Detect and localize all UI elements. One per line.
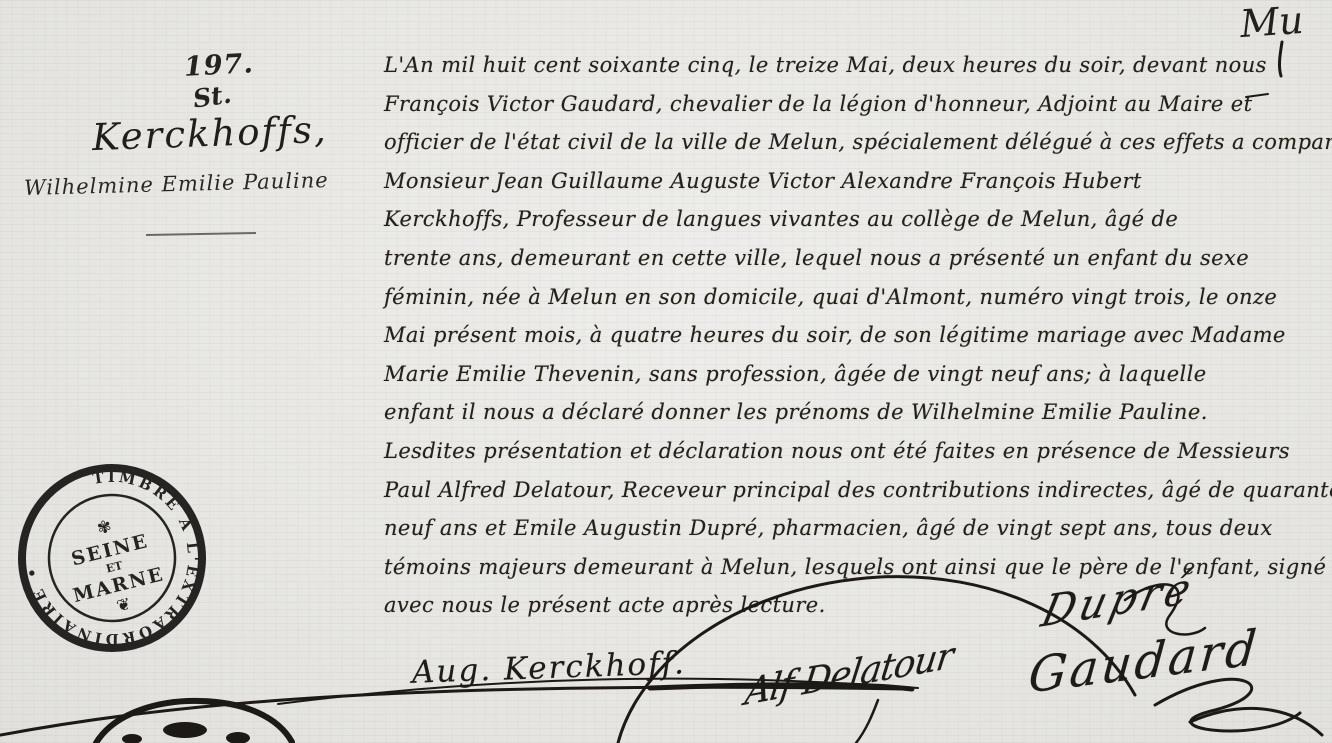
signature-delatour: Alf Delatour [743, 635, 956, 714]
document-page: 197. St. Kerckhoffs, Wilhelmine Emilie P… [0, 0, 1332, 743]
act-line-7: féminin, née à Melun en son domicile, qu… [384, 278, 1332, 317]
stamp-ornament-bottom: ❦ [115, 594, 134, 617]
partial-stamp-blobs [122, 722, 250, 743]
act-line-6: trente ans, demeurant en cette ville, le… [384, 239, 1332, 278]
act-line-1: L'An mil huit cent soixante cinq, le tre… [384, 46, 1332, 85]
margin-surname: Kerckhoffs, [91, 108, 328, 159]
act-line-3: officier de l'état civil de la ville de … [384, 123, 1332, 162]
marginal-mark: Mu [1239, 0, 1305, 46]
stamp-ornament-top: ✾ [95, 516, 114, 539]
margin-act-number: 197. [183, 48, 254, 83]
margin-given-names: Wilhelmine Emilie Pauline [24, 168, 329, 200]
act-line-13: neuf ans et Emile Augustin Dupré, pharma… [384, 509, 1332, 548]
act-line-10: enfant il nous a déclaré donner les prén… [384, 393, 1332, 432]
revenue-stamp: TIMBRE A L'EXTRAORDINAIRE • ✾ SEINE ET M… [14, 460, 210, 656]
act-line-5: Kerckhoffs, Professeur de langues vivant… [384, 200, 1332, 239]
signature-kerckhoff: Aug. Kerckhoff. [411, 645, 686, 691]
act-line-9: Marie Emilie Thevenin, sans profession, … [384, 355, 1332, 394]
act-line-12: Paul Alfred Delatour, Receveur principal… [384, 471, 1332, 510]
act-line-4: Monsieur Jean Guillaume Auguste Victor A… [384, 162, 1332, 201]
delatour-descender [856, 700, 878, 743]
act-line-8: Mai présent mois, à quatre heures du soi… [384, 316, 1332, 355]
act-line-11: Lesdites présentation et déclaration nou… [384, 432, 1332, 471]
gaudard-paraph [1155, 679, 1300, 731]
act-line-2: François Victor Gaudard, chevalier de la… [384, 85, 1332, 124]
margin-dash [146, 232, 256, 236]
gaudard-paraph-2 [1190, 708, 1322, 735]
margin-paraph: St. [191, 79, 233, 113]
partial-stamp-arc [96, 701, 292, 743]
act-body: L'An mil huit cent soixante cinq, le tre… [384, 46, 1332, 625]
